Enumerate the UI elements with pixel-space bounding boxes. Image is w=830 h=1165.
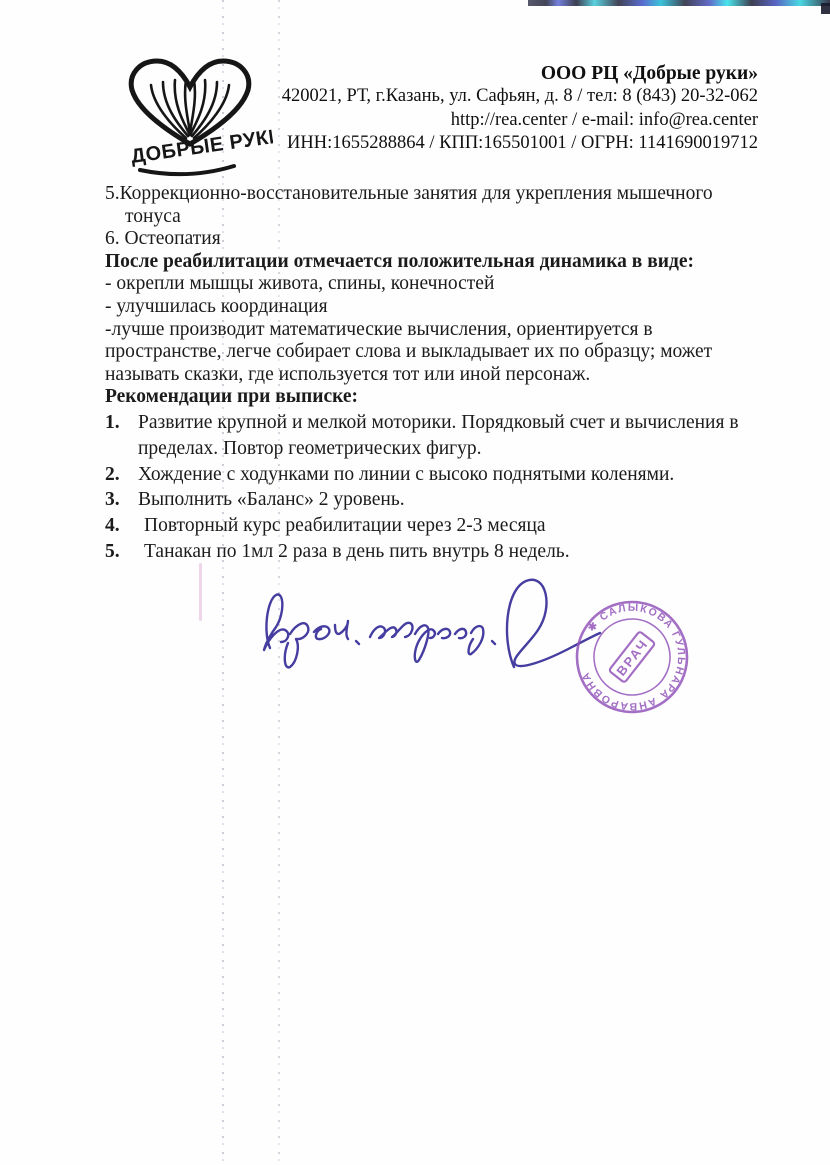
list-item: 1. Развитие крупной и мелкой моторики. П… bbox=[105, 410, 781, 436]
list-item-text: Хождение с ходунками по линии с высоко п… bbox=[138, 462, 674, 488]
org-name: ООО РЦ «Добрые руки» bbox=[238, 62, 758, 85]
paragraph-line: -лучше производит математические вычисле… bbox=[105, 319, 781, 342]
org-address-phone: 420021, РТ, г.Казань, ул. Сафьян, д. 8 /… bbox=[238, 85, 758, 108]
doctor-signature-handwriting bbox=[252, 570, 608, 688]
list-item-text: пределах. Повтор геометрических фигур. bbox=[138, 436, 482, 462]
list-item-text: Выполнить «Баланс» 2 уровень. bbox=[138, 487, 405, 513]
paragraph-line: называть сказки, где используется тот ил… bbox=[105, 364, 781, 387]
signature-ink-icon bbox=[252, 570, 608, 688]
paragraph-line: - улучшилась координация bbox=[105, 296, 781, 319]
list-item-continuation: пределах. Повтор геометрических фигур. bbox=[105, 436, 781, 462]
scan-pink-streak-artifact bbox=[199, 563, 202, 621]
paragraph-line: пространстве, легче собирает слова и вык… bbox=[105, 341, 781, 364]
list-item: 5. Танакан по 1мл 2 раза в день пить вну… bbox=[105, 539, 781, 565]
list-item-number: 1. bbox=[105, 410, 138, 436]
paragraph-line: 5.Коррекционно-восстановительные занятия… bbox=[105, 183, 781, 206]
list-item-number: 5. bbox=[105, 539, 138, 565]
paragraph-line: - окрепли мышцы живота, спины, конечност… bbox=[105, 273, 781, 296]
org-registration-numbers: ИНН:1655288864 / КПП:165501001 / ОГРН: 1… bbox=[238, 132, 758, 155]
list-item-number: 4. bbox=[105, 513, 138, 539]
recommendations-list: 1. Развитие крупной и мелкой моторики. П… bbox=[105, 410, 781, 565]
list-item: 3. Выполнить «Баланс» 2 уровень. bbox=[105, 487, 781, 513]
list-item-text: Развитие крупной и мелкой моторики. Поря… bbox=[138, 410, 739, 436]
paragraph-line: тонуса bbox=[105, 206, 781, 229]
document-body: 5.Коррекционно-восстановительные занятия… bbox=[105, 183, 781, 565]
scanner-edge-artifact bbox=[528, 0, 830, 6]
letterhead-header: ООО РЦ «Добрые руки» 420021, РТ, г.Казан… bbox=[238, 62, 758, 155]
section-heading: Рекомендации при выписке: bbox=[105, 386, 781, 409]
stamp-icon: ✱ САЛЫКОВА ГУЛЬНАРА АНВАРОВНА ВРАЧ bbox=[571, 596, 693, 718]
list-item-number: 3. bbox=[105, 487, 138, 513]
org-web-email: http://rea.center / e-mail: info@rea.cen… bbox=[238, 109, 758, 132]
section-heading: После реабилитации отмечается положитель… bbox=[105, 251, 781, 274]
list-item: 2. Хождение с ходунками по линии с высок… bbox=[105, 462, 781, 488]
scanned-document-page: { "header": { "org_name": "ООО РЦ «Добры… bbox=[0, 0, 830, 1165]
doctor-round-stamp: ✱ САЛЫКОВА ГУЛЬНАРА АНВАРОВНА ВРАЧ bbox=[571, 596, 693, 718]
list-item-text: Танакан по 1мл 2 раза в день пить внутрь… bbox=[138, 539, 570, 565]
paragraph-line: 6. Остеопатия bbox=[105, 228, 781, 251]
list-item: 4. Повторный курс реабилитации через 2-3… bbox=[105, 513, 781, 539]
list-item-number: 2. bbox=[105, 462, 138, 488]
scanner-corner-mark bbox=[821, 3, 830, 14]
list-item-text: Повторный курс реабилитации через 2-3 ме… bbox=[138, 513, 546, 539]
